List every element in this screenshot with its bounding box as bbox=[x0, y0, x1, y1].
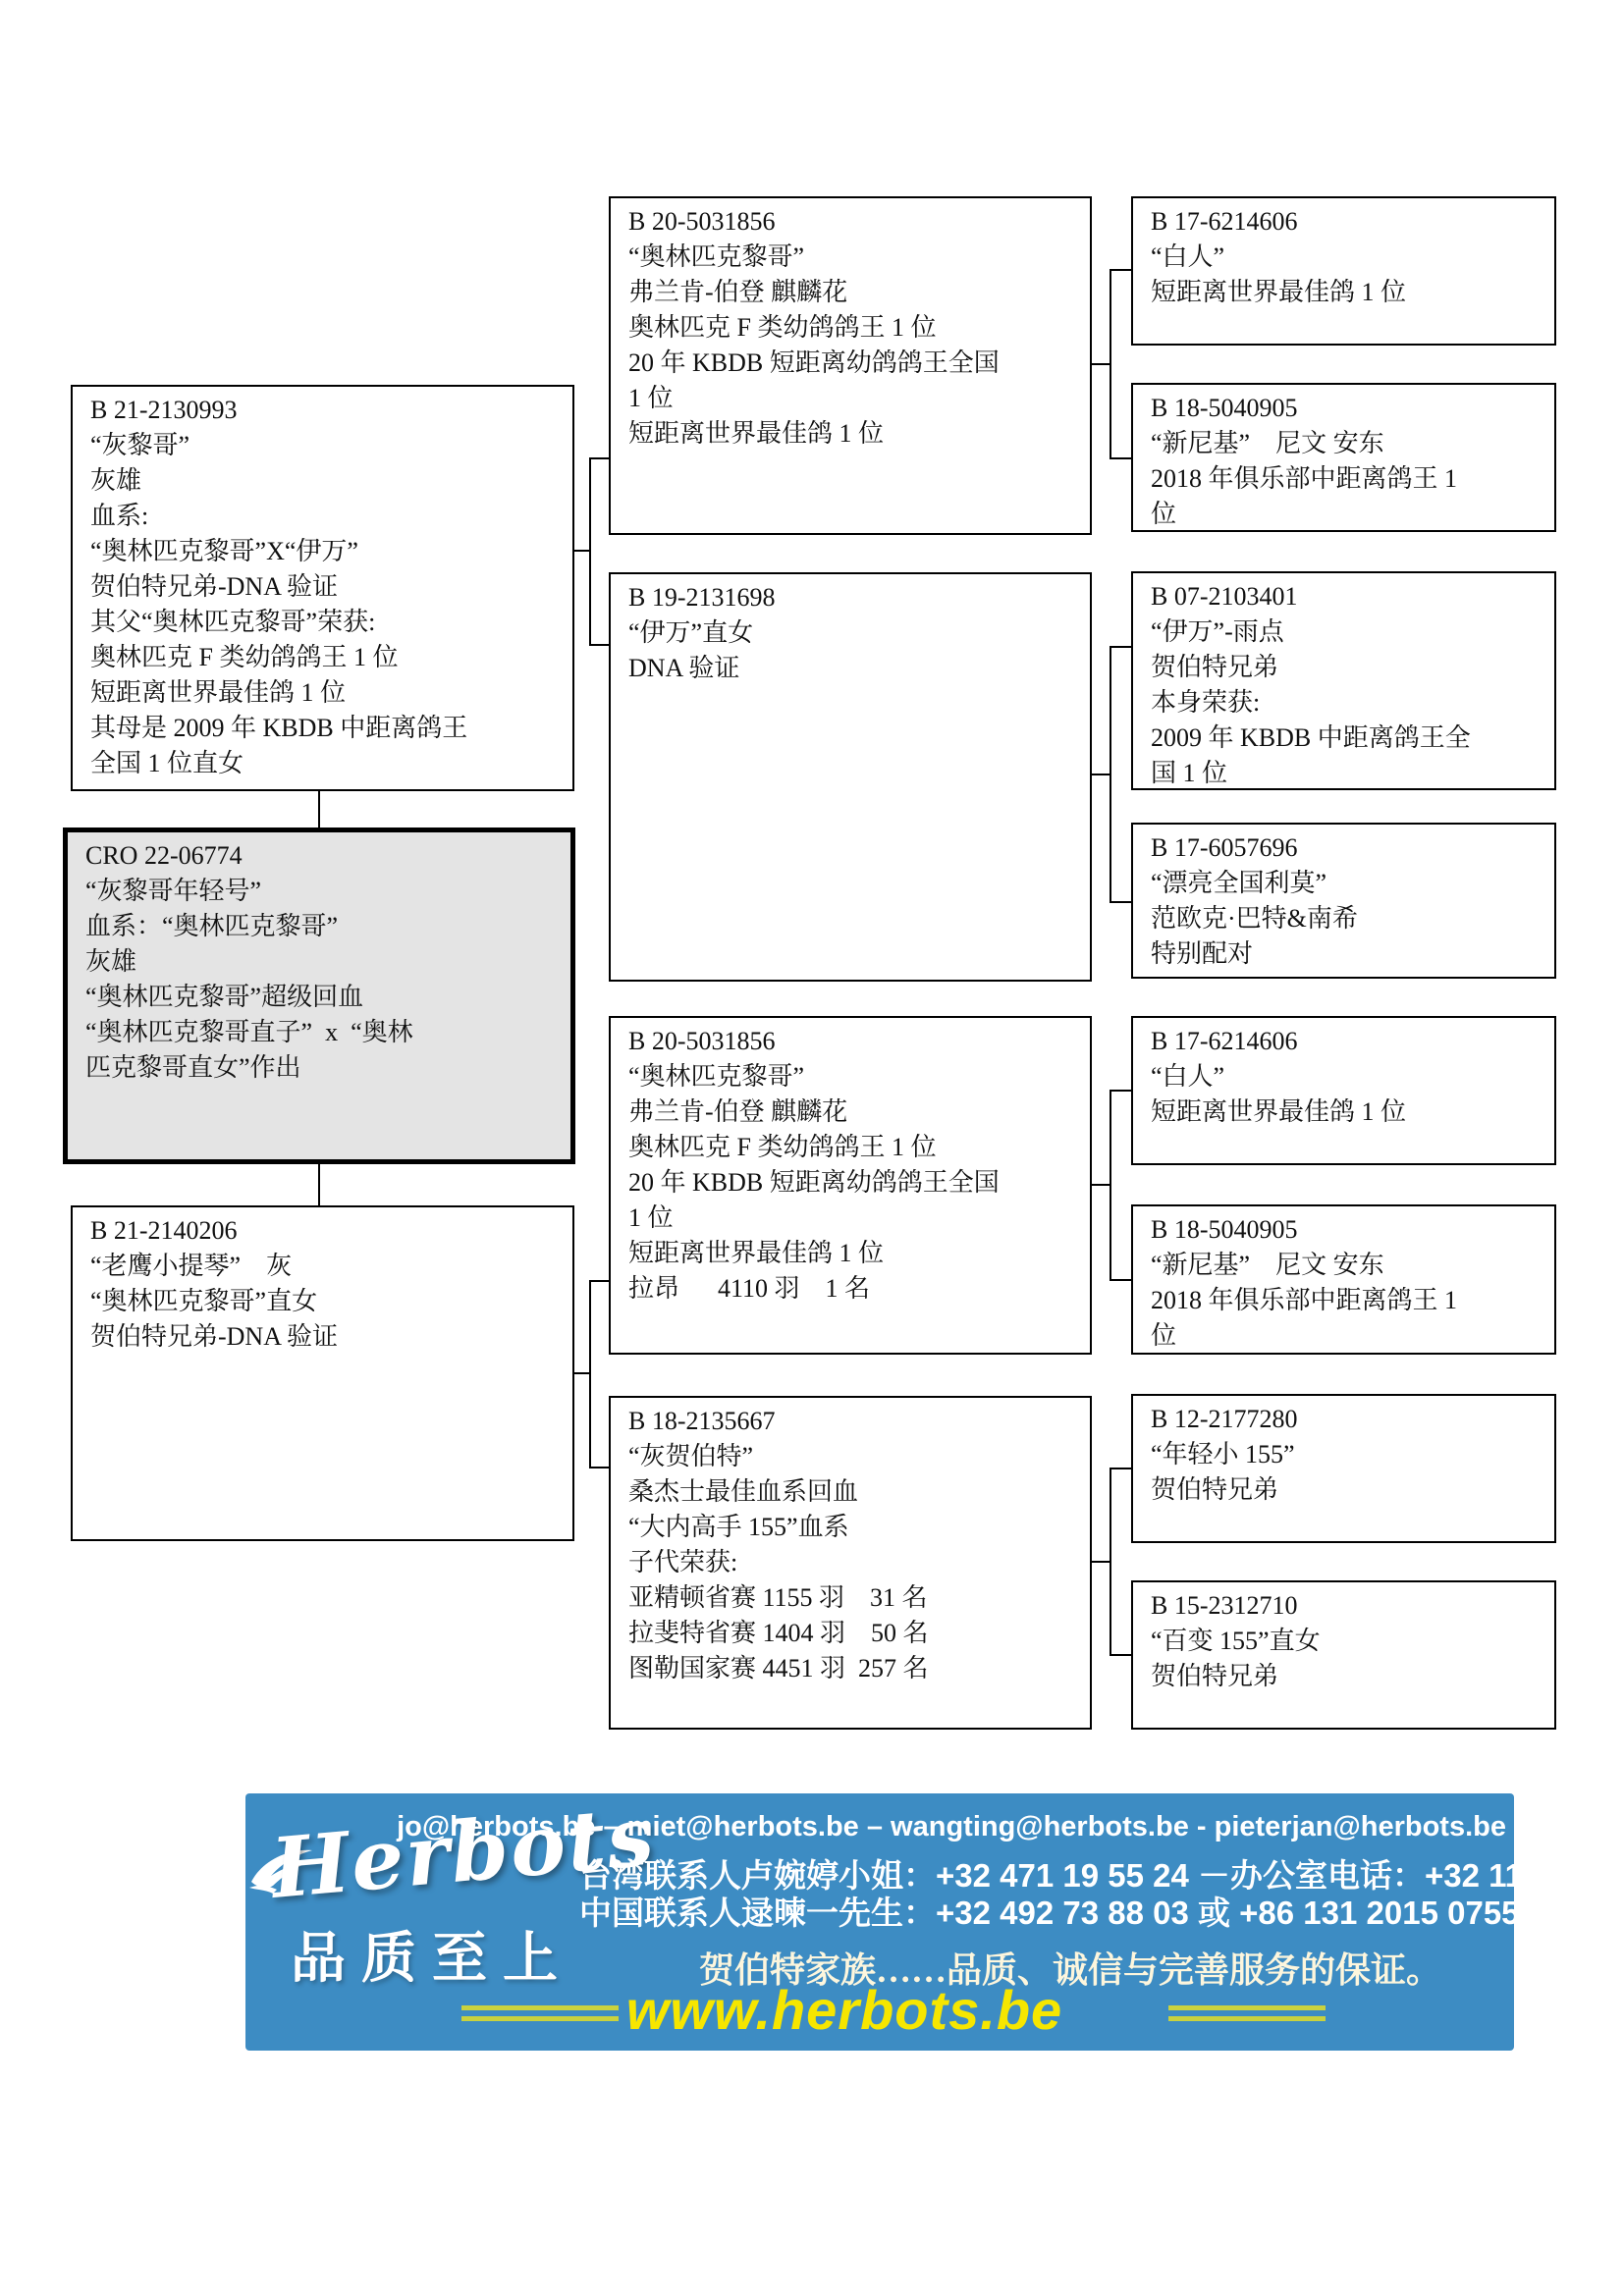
pedigree-box-sire: B 21-2130993 “灰黎哥” 灰雄 血系: “奥林匹克黎哥”X“伊万” … bbox=[71, 385, 574, 791]
connector-line bbox=[574, 550, 591, 552]
ggp-8-text: B 15-2312710 “百变 155”直女 贺伯特兄弟 bbox=[1133, 1582, 1554, 1694]
connector-line bbox=[589, 644, 609, 646]
pedigree-box-ggp-7: B 12-2177280 “年轻小 155” 贺伯特兄弟 bbox=[1131, 1394, 1556, 1543]
connector-line bbox=[1092, 1561, 1111, 1563]
herbots-banner: Herbots 品质至上 jo@herbots.be – miet@herbot… bbox=[245, 1793, 1514, 2051]
pedigree-page: B 21-2130993 “灰黎哥” 灰雄 血系: “奥林匹克黎哥”X“伊万” … bbox=[0, 0, 1624, 2296]
connector-line bbox=[589, 457, 609, 459]
banner-website-link[interactable]: www.herbots.be bbox=[540, 1978, 1149, 2042]
pedigree-box-ggp-4: B 17-6057696 “漂亮全国利莫” 范欧克·巴特&南希 特别配对 bbox=[1131, 823, 1556, 979]
dam-text: B 21-2140206 “老鹰小提琴” 灰 “奥林匹克黎哥”直女 贺伯特兄弟-… bbox=[73, 1207, 572, 1355]
granddam-2-text: B 18-2135667 “灰贺伯特” 桑杰士最佳血系回血 “大内高手 155”… bbox=[611, 1398, 1090, 1686]
connector-line bbox=[1092, 1184, 1111, 1186]
banner-contact-china: 中国联系人逯暕一先生：+32 492 73 88 03 或 +86 131 20… bbox=[579, 1888, 1514, 1934]
connector-line bbox=[1110, 1468, 1131, 1469]
grandsire-2-text: B 20-5031856 “奥林匹克黎哥” 弗兰肯-伯登 麒麟花 奥林匹克 F … bbox=[611, 1018, 1090, 1307]
banner-emails: jo@herbots.be – miet@herbots.be – wangti… bbox=[397, 1811, 1506, 1843]
pedigree-box-ggp-5: B 17-6214606 “白人” 短距离世界最佳鸽 1 位 bbox=[1131, 1016, 1556, 1165]
ggp-6-text: B 18-5040905 “新尼基” 尼文 安东 2018 年俱乐部中距离鸽王 … bbox=[1133, 1206, 1554, 1354]
connector-line bbox=[1110, 646, 1131, 648]
connector-line bbox=[1110, 1090, 1131, 1092]
connector-line bbox=[589, 1467, 609, 1468]
pedigree-box-ggp-1: B 17-6214606 “白人” 短距离世界最佳鸽 1 位 bbox=[1131, 196, 1556, 346]
connector-line bbox=[1092, 363, 1111, 365]
connector-line bbox=[1110, 457, 1131, 459]
ggp-7-text: B 12-2177280 “年轻小 155” 贺伯特兄弟 bbox=[1133, 1396, 1554, 1508]
ggp-1-text: B 17-6214606 “白人” 短距离世界最佳鸽 1 位 bbox=[1133, 198, 1554, 310]
connector-line bbox=[318, 1164, 320, 1205]
pedigree-box-ggp-8: B 15-2312710 “百变 155”直女 贺伯特兄弟 bbox=[1131, 1580, 1556, 1730]
ggp-3-text: B 07-2103401 “伊万”-雨点 贺伯特兄弟 本身荣获: 2009 年 … bbox=[1133, 573, 1554, 790]
connector-line bbox=[589, 1280, 591, 1468]
pedigree-box-ggp-6: B 18-5040905 “新尼基” 尼文 安东 2018 年俱乐部中距离鸽王 … bbox=[1131, 1204, 1556, 1355]
connector-line bbox=[1110, 1654, 1131, 1656]
herbots-logo-subtitle: 品质至上 bbox=[291, 1915, 573, 1994]
connector-line bbox=[1110, 901, 1131, 903]
connector-line bbox=[1110, 1279, 1131, 1281]
sire-text: B 21-2130993 “灰黎哥” 灰雄 血系: “奥林匹克黎哥”X“伊万” … bbox=[73, 387, 572, 781]
pedigree-box-granddam-1: B 19-2131698 “伊万”直女 DNA 验证 bbox=[609, 572, 1092, 982]
pedigree-box-grandsire-2: B 20-5031856 “奥林匹克黎哥” 弗兰肯-伯登 麒麟花 奥林匹克 F … bbox=[609, 1016, 1092, 1355]
ggp-5-text: B 17-6214606 “白人” 短距离世界最佳鸽 1 位 bbox=[1133, 1018, 1554, 1130]
connector-line bbox=[1092, 774, 1111, 775]
connector-line bbox=[574, 1372, 591, 1374]
decorative-double-line-left bbox=[461, 2005, 619, 2010]
pedigree-box-granddam-2: B 18-2135667 “灰贺伯特” 桑杰士最佳血系回血 “大内高手 155”… bbox=[609, 1396, 1092, 1730]
connector-line bbox=[318, 791, 320, 828]
connector-line bbox=[589, 1280, 609, 1282]
connector-line bbox=[589, 457, 591, 646]
granddam-1-text: B 19-2131698 “伊万”直女 DNA 验证 bbox=[611, 574, 1090, 686]
grandsire-1-text: B 20-5031856 “奥林匹克黎哥” 弗兰肯-伯登 麒麟花 奥林匹克 F … bbox=[611, 198, 1090, 452]
pedigree-box-subject: CRO 22-06774 “灰黎哥年轻号” 血系：“奥林匹克黎哥” 灰雄 “奥林… bbox=[63, 828, 575, 1164]
ggp-2-text: B 18-5040905 “新尼基” 尼文 安东 2018 年俱乐部中距离鸽王 … bbox=[1133, 385, 1554, 532]
connector-line bbox=[1110, 269, 1131, 271]
pedigree-box-dam: B 21-2140206 “老鹰小提琴” 灰 “奥林匹克黎哥”直女 贺伯特兄弟-… bbox=[71, 1205, 574, 1541]
subject-text: CRO 22-06774 “灰黎哥年轻号” 血系：“奥林匹克黎哥” 灰雄 “奥林… bbox=[68, 832, 570, 1086]
pedigree-box-ggp-2: B 18-5040905 “新尼基” 尼文 安东 2018 年俱乐部中距离鸽王 … bbox=[1131, 383, 1556, 532]
decorative-double-line-right bbox=[1168, 2005, 1326, 2010]
pedigree-box-grandsire-1: B 20-5031856 “奥林匹克黎哥” 弗兰肯-伯登 麒麟花 奥林匹克 F … bbox=[609, 196, 1092, 535]
ggp-4-text: B 17-6057696 “漂亮全国利莫” 范欧克·巴特&南希 特别配对 bbox=[1133, 825, 1554, 972]
pedigree-box-ggp-3: B 07-2103401 “伊万”-雨点 贺伯特兄弟 本身荣获: 2009 年 … bbox=[1131, 571, 1556, 790]
